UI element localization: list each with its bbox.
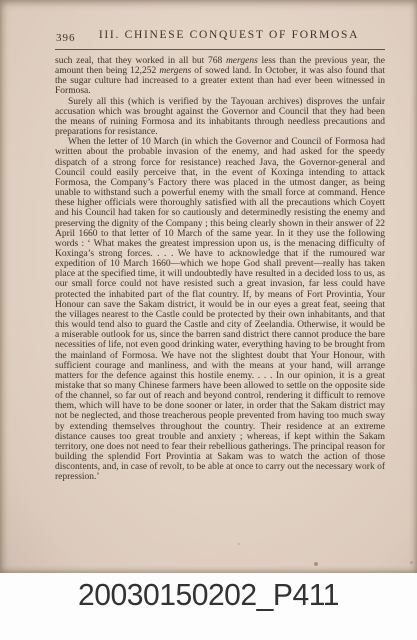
italic-term: mergens	[226, 56, 258, 66]
paragraph: such zeal, that they worked in all but 7…	[55, 56, 385, 97]
page-content: 396 III. CHINESE CONQUEST OF FORMOSA suc…	[55, 29, 385, 483]
italic-term: mergens	[159, 66, 191, 76]
scan-id-label: 20030150202_P411	[78, 577, 339, 613]
chapter-title: III. CHINESE CONQUEST OF FORMOSA	[55, 29, 385, 41]
paper-speck	[238, 543, 240, 545]
header-rule	[55, 49, 385, 50]
text-segment: such zeal, that they worked in all but 7…	[55, 56, 226, 66]
running-header: 396 III. CHINESE CONQUEST OF FORMOSA	[55, 29, 385, 46]
page-number: 396	[56, 32, 76, 44]
paper-speck	[410, 561, 413, 564]
text-segment: When the letter of 10 March (in which th…	[55, 137, 385, 482]
paper-speck	[314, 562, 318, 566]
paragraph: Surely all this (which is verified by th…	[55, 97, 385, 138]
text-segment: Surely all this (which is verified by th…	[55, 97, 385, 137]
paragraph: When the letter of 10 March (in which th…	[55, 137, 385, 482]
body-text: such zeal, that they worked in all but 7…	[55, 56, 385, 483]
scanned-book-page: 396 III. CHINESE CONQUEST OF FORMOSA suc…	[0, 0, 417, 573]
scan-footer-strip: 20030150202_P411	[0, 573, 417, 640]
